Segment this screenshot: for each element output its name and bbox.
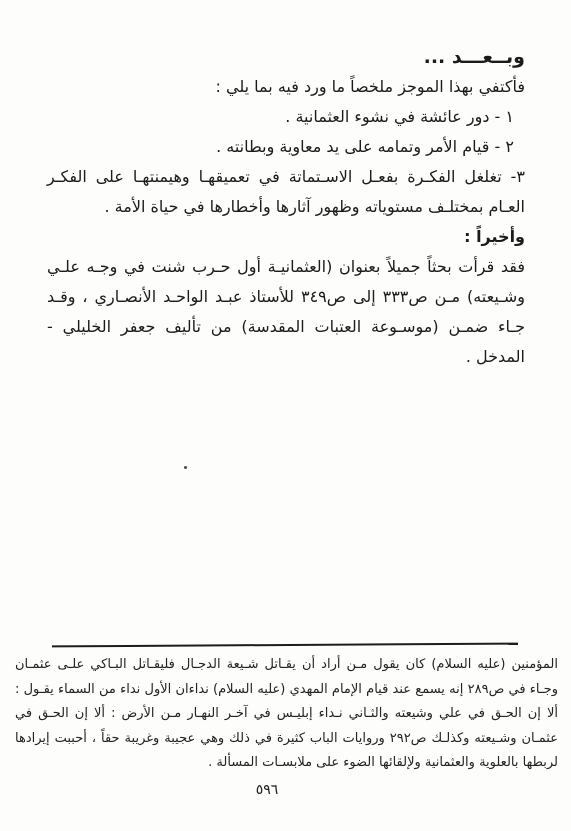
- finally-label: وأخيراً :: [47, 222, 525, 252]
- book-page: وبــعـــد ... فأكتفي بهذا الموجز ملخصاً …: [0, 0, 571, 831]
- closing-paragraph: فقد قرأت بحثاً جميلاً بعنوان (العثمانيـة…: [47, 252, 525, 372]
- footnote-separator: [52, 643, 518, 648]
- numbered-item-3: ٣- تغلغل الفكـرة بفعـل الاسـتماتة في تعم…: [47, 162, 525, 222]
- section-heading: وبــعـــد ...: [47, 42, 525, 72]
- numbered-item-1: ١ - دور عائشة في نشوء العثمانية .: [47, 102, 525, 132]
- main-text-block: وبــعـــد ... فأكتفي بهذا الموجز ملخصاً …: [47, 42, 525, 372]
- numbered-item-2: ٢ - قيام الأمر وتمامه على يد معاوية وبطا…: [47, 132, 525, 162]
- intro-line: فأكتفي بهذا الموجز ملخصاً ما ورد فيه بما…: [47, 72, 525, 102]
- footnote-text: المؤمنين (عليه السلام) كان يقول مـن أراد…: [15, 653, 558, 776]
- page-number: ٥٩٦: [232, 782, 302, 798]
- ink-speck: [184, 466, 187, 469]
